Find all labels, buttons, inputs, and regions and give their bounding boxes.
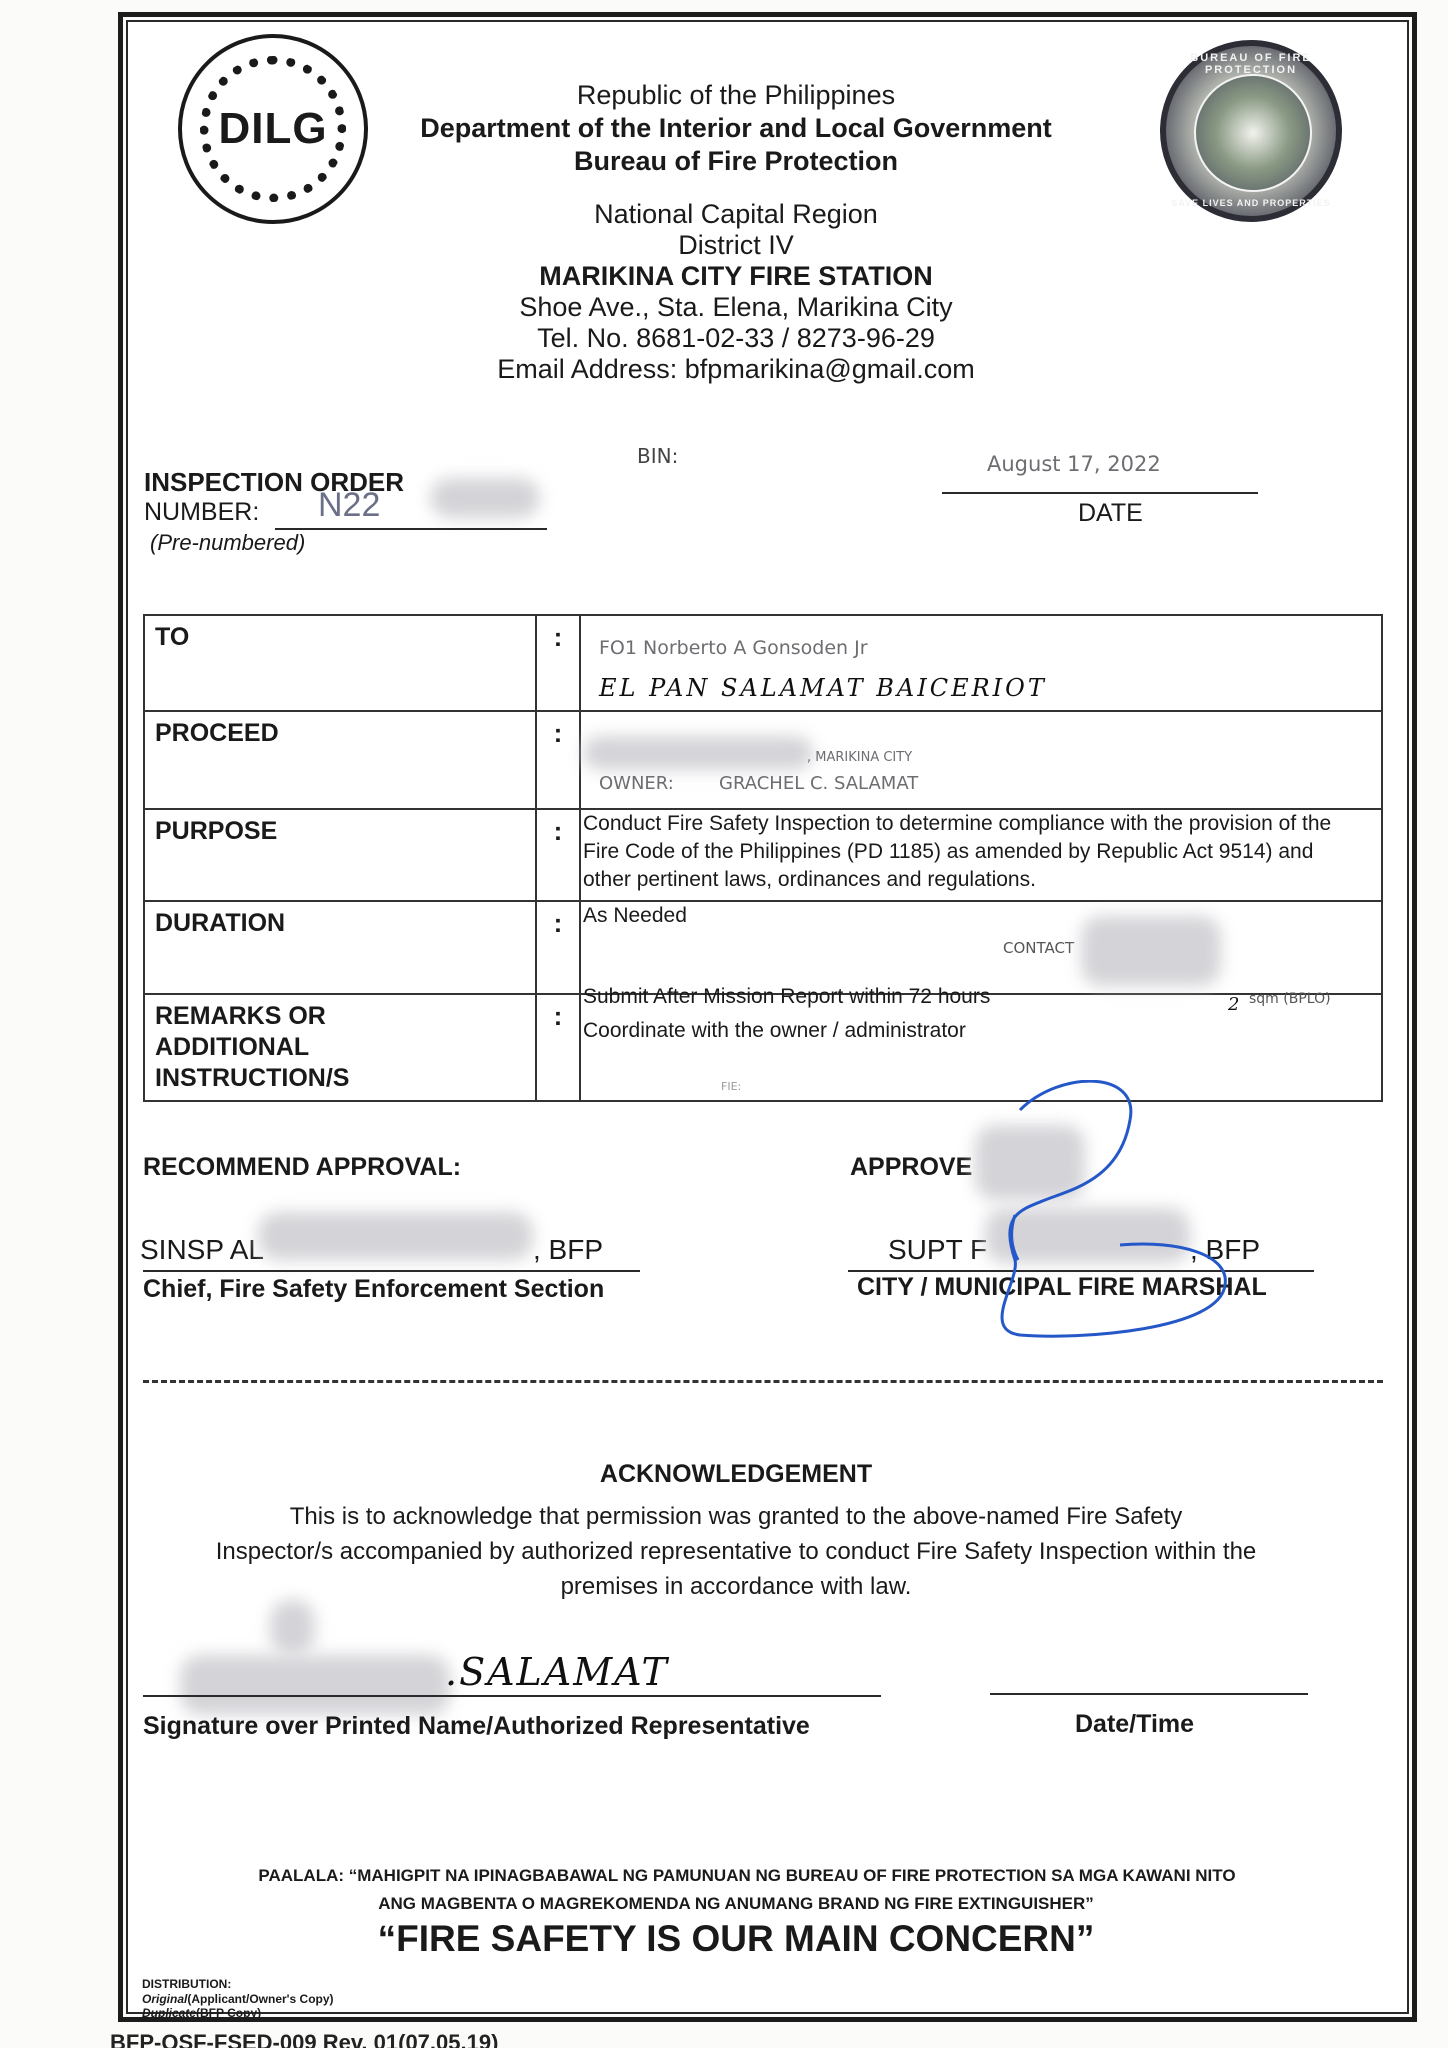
row-label-duration: DURATION <box>144 901 536 994</box>
datetime-line <box>990 1693 1308 1695</box>
paalala-line-2: ANG MAGBENTA O MAGREKOMENDA NG ANUMANG B… <box>0 1894 1448 1914</box>
row-separator: : <box>536 615 580 711</box>
purpose-line: Fire Code of the Philippines (PD 1185) a… <box>583 838 1379 866</box>
remarks-label-line: ADDITIONAL <box>155 1032 525 1063</box>
inspection-number-value: N22 <box>318 486 380 525</box>
inspection-number-line <box>275 528 547 530</box>
header-bureau: Bureau of Fire Protection <box>400 146 1072 177</box>
duration-value: As Needed <box>583 902 1379 930</box>
purpose-line: Conduct Fire Safety Inspection to determ… <box>583 810 1379 838</box>
row-separator: : <box>536 711 580 809</box>
distribution-label: DISTRIBUTION: <box>142 1977 231 1991</box>
recommend-title: Chief, Fire Safety Enforcement Section <box>143 1275 604 1304</box>
proceed-location-city: , MARIKINA CITY <box>807 744 912 772</box>
duplicate-desc: (BFP Copy) <box>196 2006 261 2020</box>
fie-label: FIE: <box>721 1073 741 1101</box>
acknowledgement-line: premises in accordance with law. <box>0 1573 1448 1601</box>
contact-label: CONTACT <box>1003 934 1074 962</box>
row-value-to: FO1 Norberto A Gonsoden Jr EL PAN SALAMA… <box>580 615 1382 711</box>
remarks-line: Coordinate with the owner / administrato… <box>583 1017 966 1045</box>
table-row-proceed: PROCEED : , MARIKINA CITY OWNER: GRACHEL… <box>144 711 1382 809</box>
dilg-seal-icon: DILG <box>178 34 368 224</box>
row-label-remarks: REMARKS OR ADDITIONAL INSTRUCTION/S <box>144 994 536 1101</box>
inspection-details-table: TO : FO1 Norberto A Gonsoden Jr EL PAN S… <box>143 614 1383 1102</box>
remarks-line: Submit After Mission Report within 72 ho… <box>583 983 990 1011</box>
table-row-duration: DURATION : As Needed CONTACT <box>144 901 1382 994</box>
date-line <box>942 492 1258 494</box>
header-email: Email Address: bfpmarikina@gmail.com <box>400 354 1072 385</box>
inspector-name: FO1 Norberto A Gonsoden Jr <box>599 634 868 662</box>
pre-numbered-note: (Pre-numbered) <box>150 530 305 556</box>
header-district: District IV <box>400 230 1072 261</box>
redacted-representative-name <box>180 1655 450 1715</box>
acknowledgement-line: Inspector/s accompanied by authorized re… <box>0 1538 1448 1566</box>
inspection-number-label: NUMBER: <box>144 498 259 527</box>
row-label-purpose: PURPOSE <box>144 809 536 901</box>
datetime-label: Date/Time <box>1075 1710 1194 1739</box>
form-code: BFP-QSF-FSED-009 Rev. 01(07.05.19) <box>110 2030 498 2048</box>
redacted-recommender-name <box>258 1212 533 1260</box>
redacted-order-number <box>430 478 540 518</box>
bfp-seal-emblem <box>1194 74 1312 192</box>
remarks-label-line: REMARKS OR <box>155 1001 525 1032</box>
header-address: Shoe Ave., Sta. Elena, Marikina City <box>400 292 1072 323</box>
recommend-name-prefix: SINSP AL <box>140 1234 264 1266</box>
header-station: MARIKINA CITY FIRE STATION <box>400 261 1072 292</box>
recommend-signature-line <box>143 1270 640 1272</box>
approver-signature-icon <box>820 1080 1340 1350</box>
bfp-seal-text-bottom: SAVE LIVES AND PROPERTIES <box>1166 198 1336 208</box>
original-label: Original <box>142 1992 187 2006</box>
paalala-line-1: PAALALA: “MAHIGPIT NA IPINAGBABAWAL NG P… <box>0 1866 1448 1886</box>
redacted-mark <box>270 1600 315 1655</box>
date-value: August 17, 2022 <box>987 452 1161 476</box>
bfp-seal-text-top: BUREAU OF FIRE PROTECTION <box>1166 52 1336 76</box>
header-department: Department of the Interior and Local Gov… <box>400 113 1072 144</box>
header-tel: Tel. No. 8681-02-33 / 8273-96-29 <box>400 323 1072 354</box>
recommend-approval-label: RECOMMEND APPROVAL: <box>143 1153 461 1182</box>
remarks-label-line: INSTRUCTION/S <box>155 1063 525 1094</box>
table-row-to: TO : FO1 Norberto A Gonsoden Jr EL PAN S… <box>144 615 1382 711</box>
distribution-duplicate: Duplicate(BFP Copy) <box>142 2006 261 2020</box>
handwritten-inspectors: EL PAN SALAMAT BAICERIOT <box>599 674 1047 702</box>
row-label-proceed: PROCEED <box>144 711 536 809</box>
representative-signature-label: Signature over Printed Name/Authorized R… <box>143 1712 810 1741</box>
row-separator: : <box>536 994 580 1101</box>
original-desc: (Applicant/Owner's Copy) <box>187 1992 333 2006</box>
redacted-address <box>583 736 813 770</box>
owner-label: OWNER: <box>599 770 674 798</box>
owner-name: GRACHEL C. SALAMAT <box>719 770 918 798</box>
redacted-contact <box>1081 916 1221 986</box>
table-row-purpose: PURPOSE : Conduct Fire Safety Inspection… <box>144 809 1382 901</box>
distribution-original: Original(Applicant/Owner's Copy) <box>142 1992 334 2006</box>
recommend-name-suffix: , BFP <box>533 1234 603 1266</box>
bin-label: BIN: <box>637 444 678 468</box>
row-value-proceed: , MARIKINA CITY OWNER: GRACHEL C. SALAMA… <box>580 711 1382 809</box>
row-label-to: TO <box>144 615 536 711</box>
date-label: DATE <box>1078 499 1143 528</box>
header-republic: Republic of the Philippines <box>400 80 1072 111</box>
acknowledgement-line: This is to acknowledge that permission w… <box>0 1503 1448 1531</box>
duplicate-label: Duplicate <box>142 2006 196 2020</box>
section-divider <box>143 1380 1383 1383</box>
row-value-purpose: Conduct Fire Safety Inspection to determ… <box>580 809 1382 901</box>
area-handwritten-value: 2 <box>1228 991 1239 1019</box>
bfp-seal-icon: BUREAU OF FIRE PROTECTION SAVE LIVES AND… <box>1160 40 1342 222</box>
dilg-seal-text: DILG <box>182 104 364 154</box>
slogan: “FIRE SAFETY IS OUR MAIN CONCERN” <box>0 1918 1448 1960</box>
header-region: National Capital Region <box>400 199 1072 230</box>
row-value-duration: As Needed CONTACT <box>580 901 1382 994</box>
purpose-line: other pertinent laws, ordinances and reg… <box>583 866 1379 894</box>
row-separator: : <box>536 809 580 901</box>
representative-signature-line <box>143 1695 881 1697</box>
area-label: sqm (BPLO) <box>1249 985 1331 1013</box>
representative-signature: .SALAMAT <box>445 1650 669 1694</box>
row-separator: : <box>536 901 580 994</box>
acknowledgement-title: ACKNOWLEDGEMENT <box>0 1460 1448 1489</box>
